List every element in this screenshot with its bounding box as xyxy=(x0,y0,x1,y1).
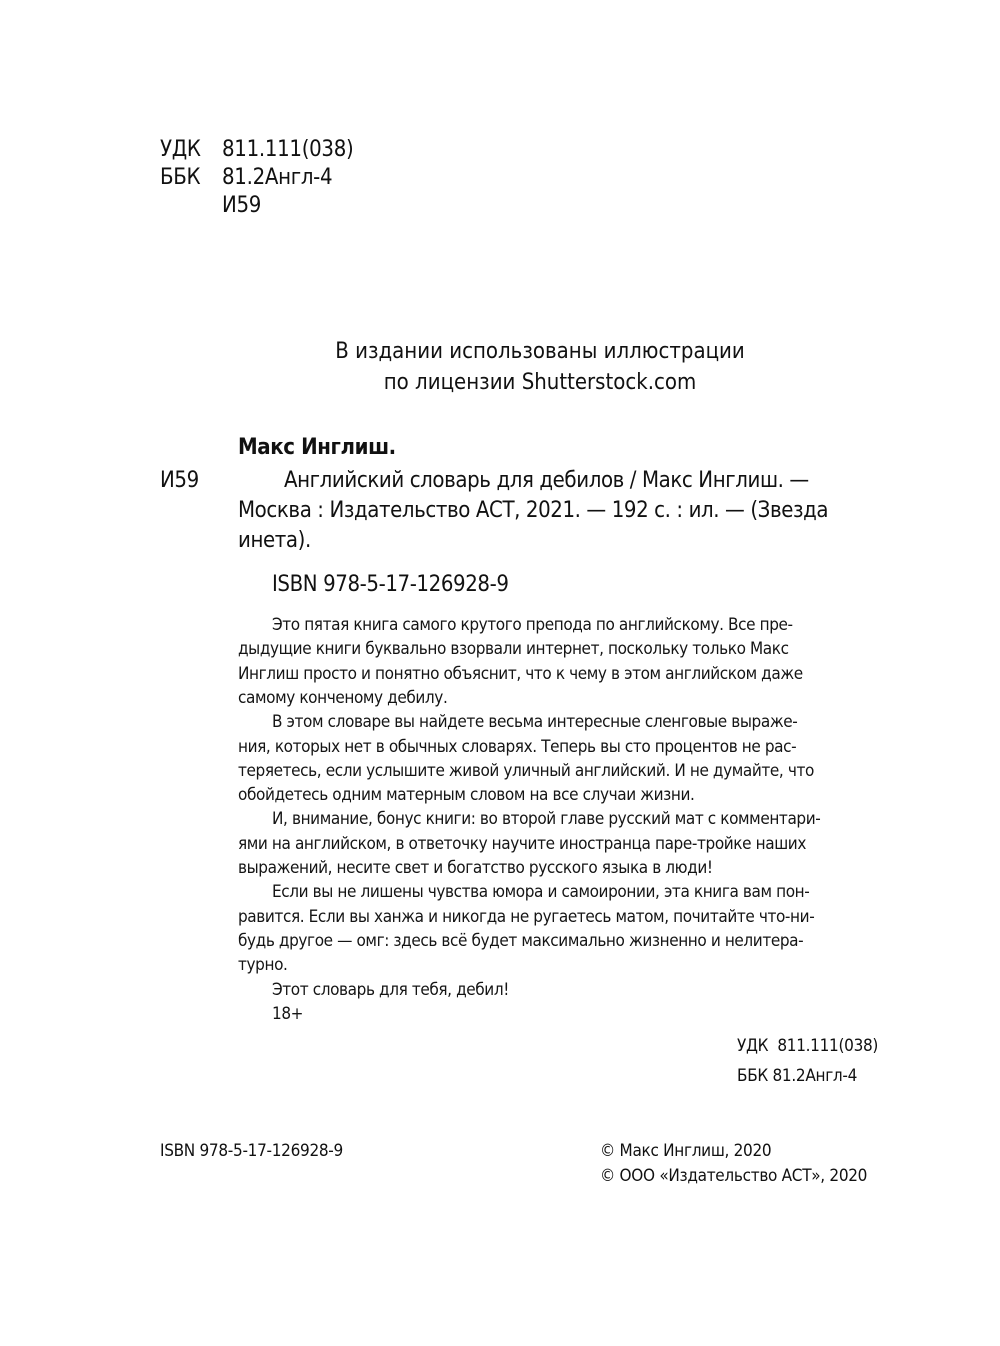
biblio-line-2: Москва : Издательство АСТ, 2021. — 192 с… xyxy=(238,493,828,528)
annotation-line: Инглиш просто и понятно объяснит, что к … xyxy=(238,662,803,686)
author-heading: Макс Инглиш. xyxy=(238,430,396,465)
annotation-line: И, внимание, бонус книги: во второй глав… xyxy=(272,807,820,831)
annotation-line: выражений, несите свет и богатство русск… xyxy=(238,856,713,880)
isbn-footer: ISBN 978-5-17-126928-9 xyxy=(160,1137,343,1166)
annotation-line: ния, которых нет в обычных словарях. Теп… xyxy=(238,735,796,759)
annotation-line: самому конченому дебилу. xyxy=(238,686,447,710)
bbk-bottom: ББК 81.2Англ-4 xyxy=(737,1062,857,1091)
author-mark: И59 xyxy=(160,463,199,498)
annotation-line: 18+ xyxy=(272,1002,303,1026)
annotation-line: турно. xyxy=(238,953,287,977)
annotation-line: В этом словаре вы найдете весьма интерес… xyxy=(272,710,797,734)
license-notice-line-2: по лицензии Shutterstock.com xyxy=(260,365,820,401)
annotation-line: Если вы не лишены чувства юмора и самоир… xyxy=(272,880,809,904)
bbk-value: 81.2Англ-4 xyxy=(222,164,332,192)
annotation-line: будь другое — омг: здесь всё будет макси… xyxy=(238,929,803,953)
annotation-line: дыдущие книги буквально взорвали интерне… xyxy=(238,637,789,661)
udk-label: УДК xyxy=(160,136,201,164)
annotation-line: Этот словарь для тебя, дебил! xyxy=(272,978,509,1002)
annotation-line: Это пятая книга самого крутого препода п… xyxy=(272,613,793,637)
udk-value: 811.111(038) xyxy=(222,136,353,164)
annotation-line: теряетесь, если услышите живой уличный а… xyxy=(238,759,814,783)
bbk-label: ББК xyxy=(160,164,200,192)
isbn-main: ISBN 978-5-17-126928-9 xyxy=(272,567,509,602)
annotation-line: ями на английском, в ответочку научите и… xyxy=(238,832,806,856)
biblio-line-3: инета). xyxy=(238,523,311,558)
copyright-publisher: © ООО «Издательство АСТ», 2020 xyxy=(600,1162,867,1191)
udk-bottom: УДК 811.111(038) xyxy=(737,1032,878,1061)
annotation-line: обойдетесь одним матерным словом на все … xyxy=(238,783,694,807)
annotation-line: равится. Если вы ханжа и никогда не руга… xyxy=(238,905,814,929)
author-mark-top: И59 xyxy=(222,192,261,220)
